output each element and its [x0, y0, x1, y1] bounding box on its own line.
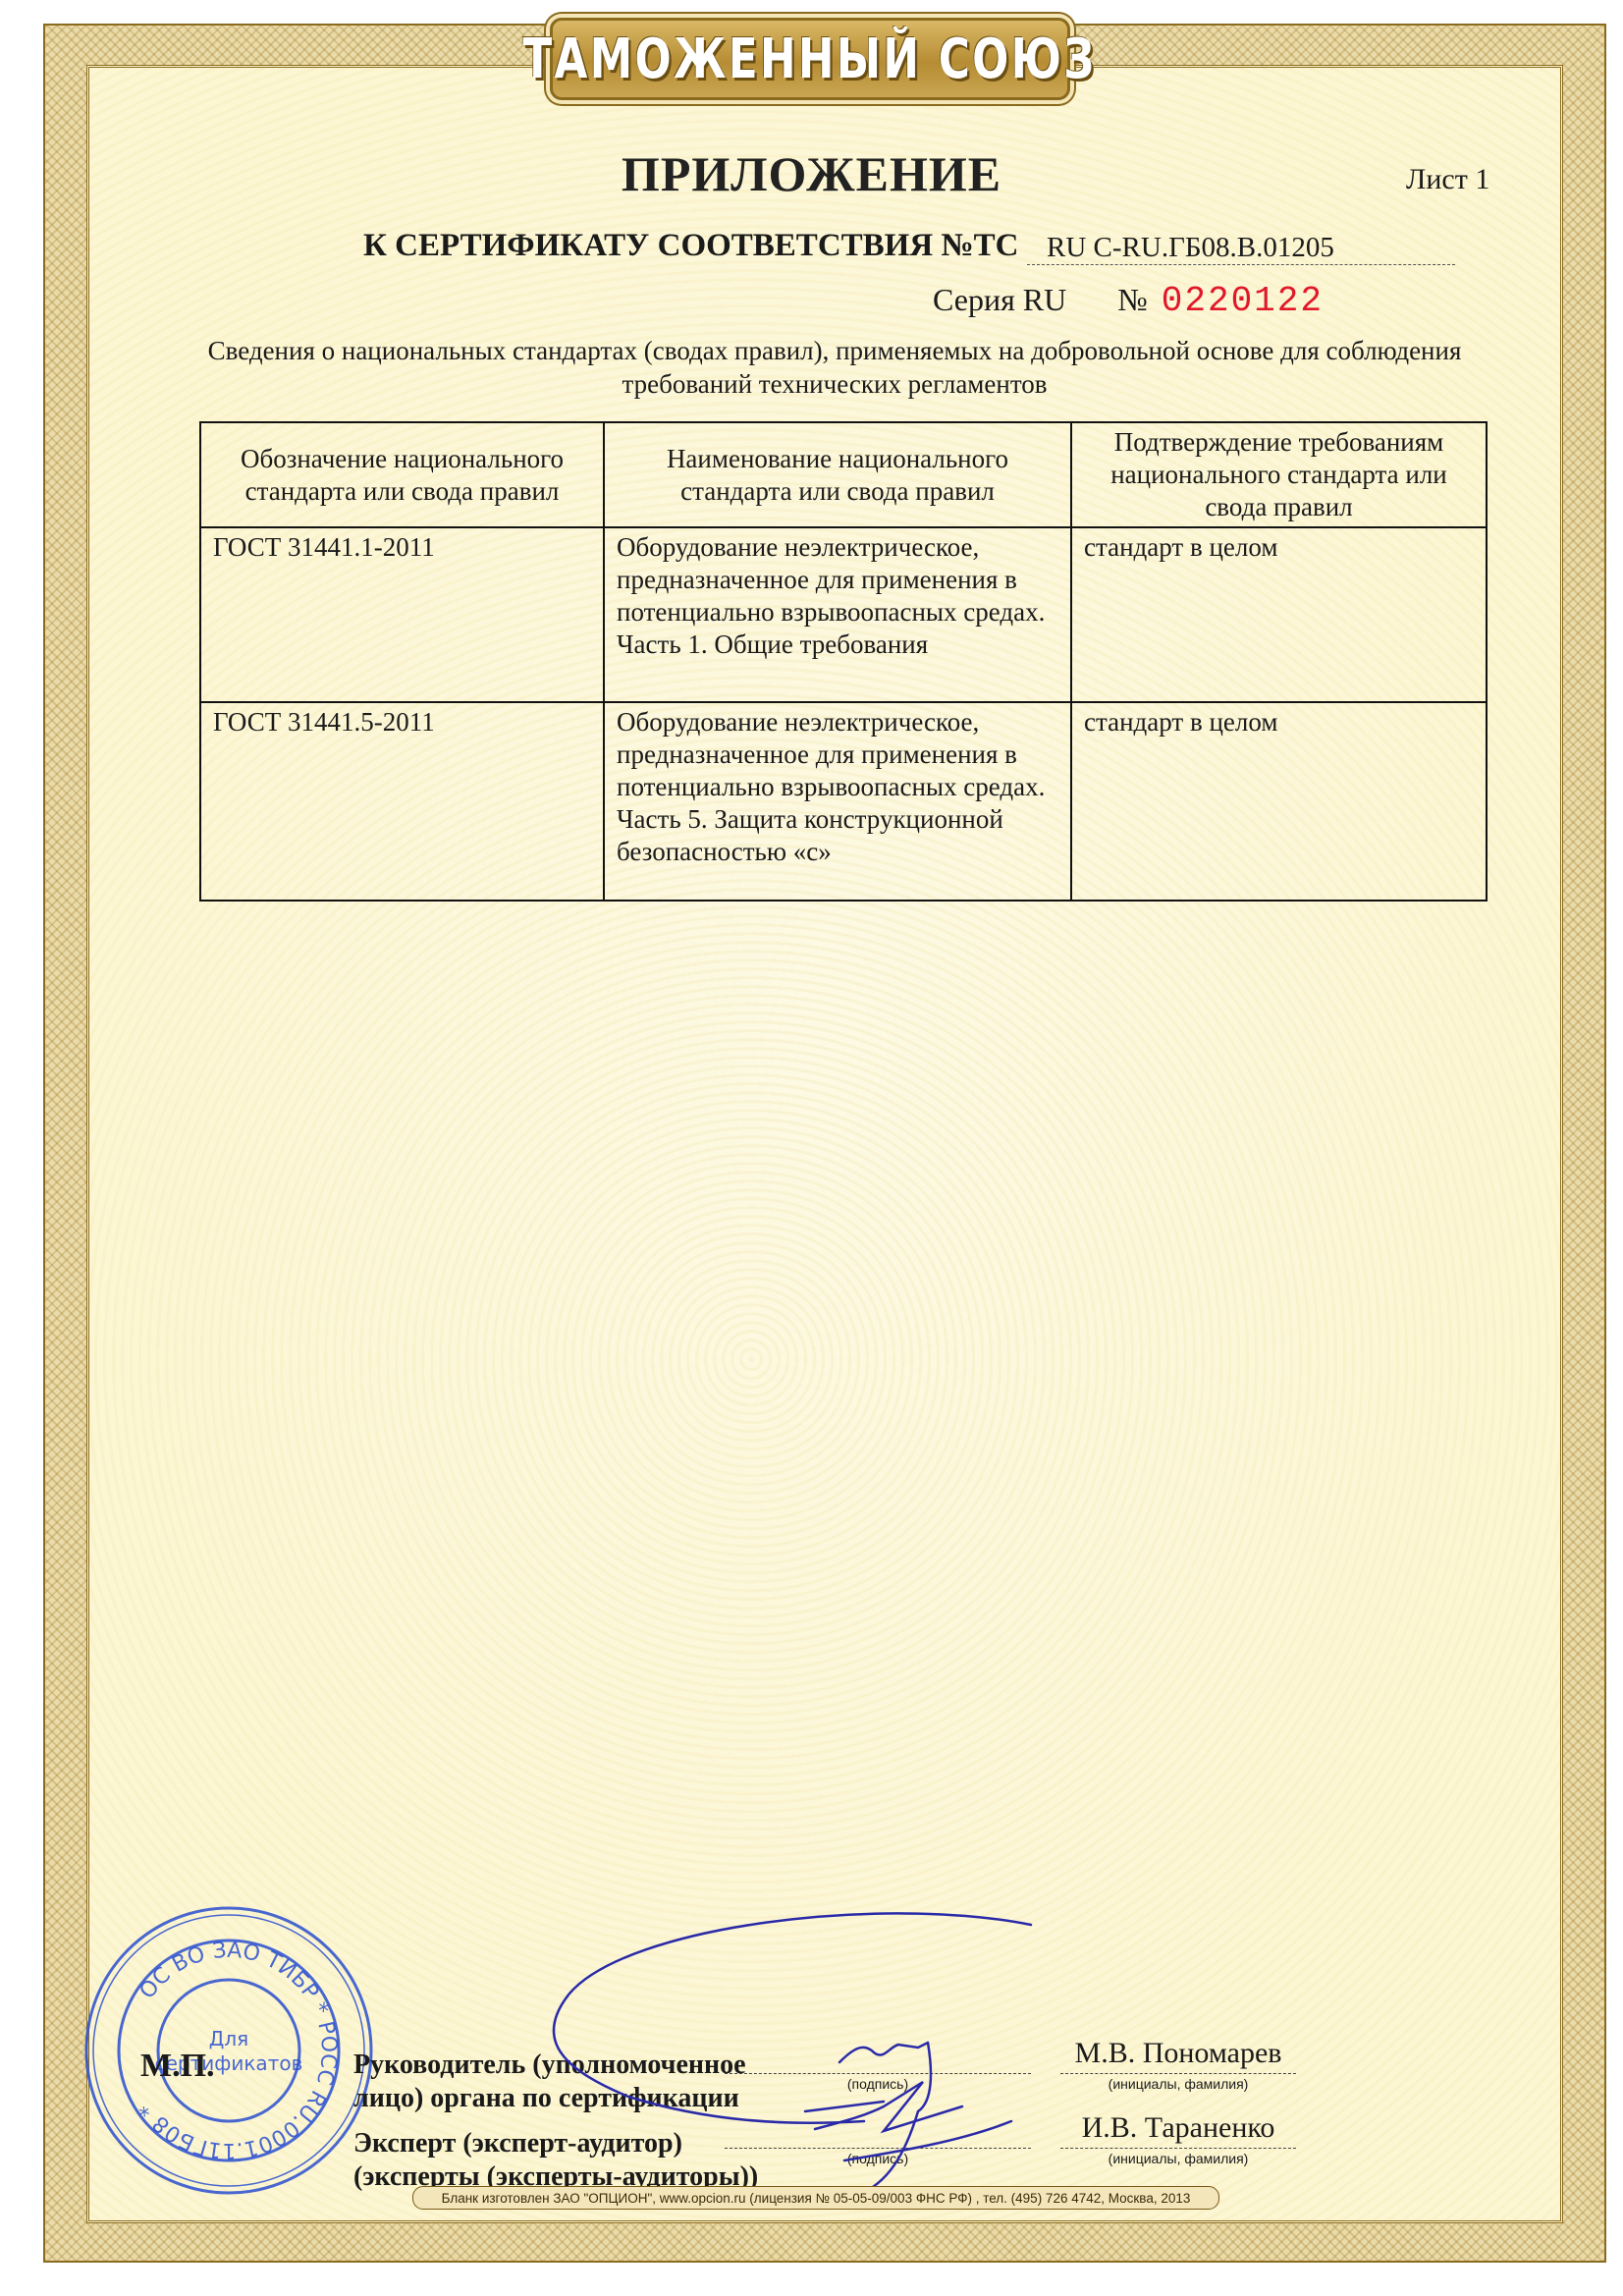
blank-no-label: № [1117, 282, 1148, 317]
head-label-1: Руководитель (уполномоченное [353, 2049, 746, 2082]
certificate-prefix: №ТС [941, 228, 1018, 263]
head-signature-caption: (подпись) [725, 2076, 1031, 2092]
cell-name: Оборудование неэлектрическое, предназнач… [604, 527, 1071, 702]
header-confirmation: Подтверждение требованиям национального … [1071, 422, 1487, 527]
seal-stamp-icon: ОС ВО ЗАО ТИБР * РОСС RU.0001.11ГБ08 * Д… [77, 1903, 381, 2198]
certificate-label: К СЕРТИФИКАТУ СООТВЕТСТВИЯ №ТС [363, 228, 1018, 264]
expert-name: И.В. Тараненко [1060, 2111, 1296, 2145]
head-signature-line [725, 2073, 1031, 2074]
expert-signature-line [725, 2148, 1031, 2149]
page-title: ПРИЛОЖЕНИЕ [0, 145, 1623, 202]
header-designation: Обозначение национального стандарта или … [200, 422, 604, 527]
head-label-2: лицо) органа по сертификации [353, 2082, 739, 2115]
table-row: ГОСТ 31441.5-2011 Оборудование неэлектри… [200, 702, 1487, 901]
cell-confirmation: стандарт в целом [1071, 702, 1487, 901]
footer-imprint: Бланк изготовлен ЗАО "ОПЦИОН", www.opcio… [412, 2186, 1219, 2210]
expert-name-line [1060, 2148, 1296, 2149]
intro-text: Сведения о национальных стандартах (свод… [196, 334, 1473, 401]
header-name: Наименование национального стандарта или… [604, 422, 1071, 527]
certificate-number: RU C-RU.ГБ08.В.01205 [1027, 232, 1455, 265]
cell-designation: ГОСТ 31441.5-2011 [200, 702, 604, 901]
head-name-caption: (инициалы, фамилия) [1060, 2076, 1296, 2092]
series-value: RU [1023, 282, 1066, 317]
cell-designation: ГОСТ 31441.1-2011 [200, 527, 604, 702]
cell-confirmation: стандарт в целом [1071, 527, 1487, 702]
standards-table: Обозначение национального стандарта или … [199, 421, 1488, 902]
blank-number: 0220122 [1162, 281, 1324, 321]
table-row: ГОСТ 31441.1-2011 Оборудование неэлектри… [200, 527, 1487, 702]
customs-union-title: ТАМОЖЕННЫЙ СОЮЗ [523, 27, 1097, 91]
table-header-row: Обозначение национального стандарта или … [200, 422, 1487, 527]
series-label: Серия [933, 282, 1015, 317]
expert-label-1: Эксперт (эксперт-аудитор) [353, 2127, 682, 2160]
sheet-number: Лист 1 [1406, 163, 1489, 196]
customs-union-plate: ТАМОЖЕННЫЙ СОЮЗ [550, 18, 1070, 100]
expert-signature-caption: (подпись) [725, 2151, 1031, 2166]
head-name-line [1060, 2073, 1296, 2074]
expert-name-caption: (инициалы, фамилия) [1060, 2151, 1296, 2166]
seal-place-label: М.П. [140, 2048, 215, 2085]
head-name: М.В. Пономарев [1060, 2037, 1296, 2070]
series-line: Серия RU № 0220122 [933, 281, 1324, 321]
cell-name: Оборудование неэлектрическое, предназнач… [604, 702, 1071, 901]
stamp-center-1: Для [209, 2027, 248, 2050]
